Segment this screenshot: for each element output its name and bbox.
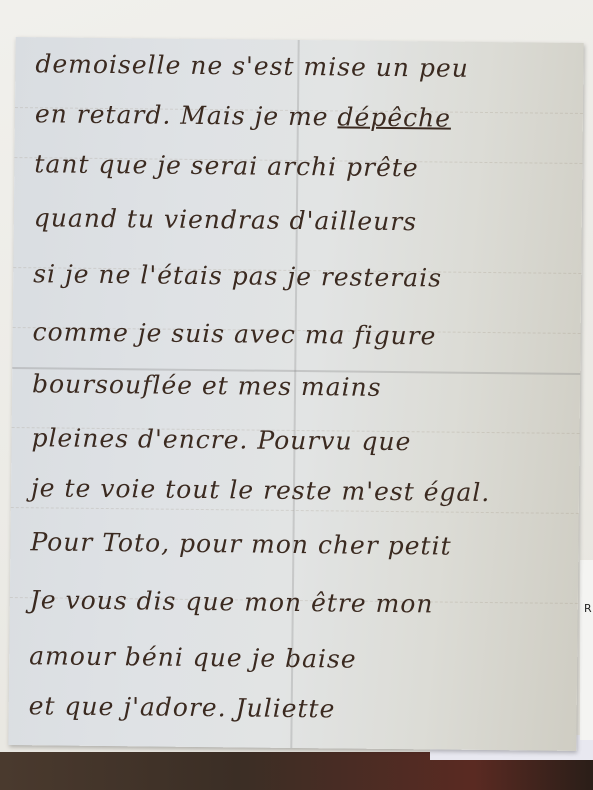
underlined-word: dépêche [337,102,451,132]
side-card-text: R [584,602,592,615]
letter-line-4: quand tu viendras d'ailleurs [34,203,418,236]
side-card [580,560,593,740]
letter-line-6: comme je suis avec ma figure [32,317,436,350]
letter-line-11: Je vous dis que mon être mon [30,585,434,618]
letter-line-9: je te voie tout le reste m'est égal. [31,473,491,507]
letter-line-10: Pour Toto, pour mon cher petit [30,527,451,560]
letter-line-13: et que j'adore. Juliette [29,691,336,723]
letter-line-8: pleines d'encre. Pourvu que [31,423,411,456]
letter-line-1: demoiselle ne s'est mise un peu [35,49,469,83]
letter-line-3: tant que je serai archi prête [34,149,419,182]
letter-line-2: en retard. Mais je me dépêche [35,99,451,132]
handwritten-letter: demoiselle ne s'est mise un peu en retar… [8,37,583,751]
letter-line-5: si je ne l'étais pas je resterais [33,259,442,292]
letter-line-7: boursouflée et mes mains [32,369,382,402]
letter-line-12: amour béni que je baise [29,641,357,673]
